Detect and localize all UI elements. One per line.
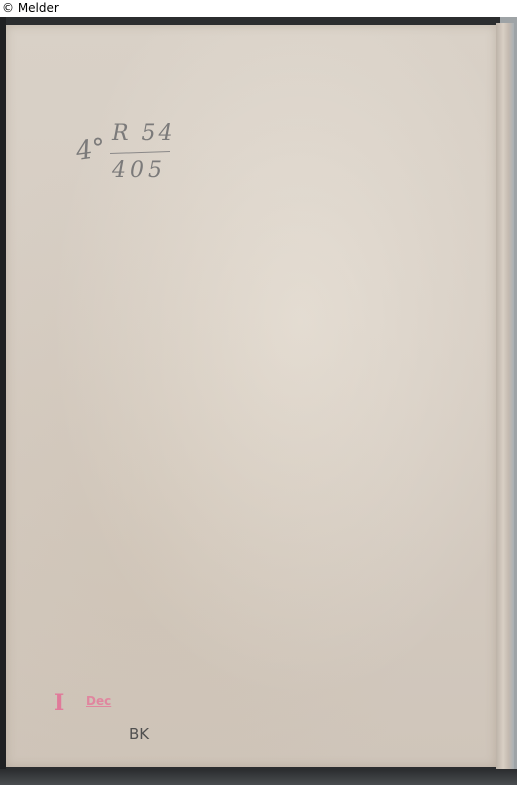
book-photo: 4° R 54 405 I Dec BK xyxy=(0,17,517,785)
shelfmark-denominator: 405 xyxy=(112,158,166,183)
shelfmark-divider xyxy=(110,151,170,154)
pencil-initials: BK xyxy=(129,725,149,743)
pink-library-sub-mark: Dec xyxy=(86,694,111,708)
cover-bottom-edge xyxy=(0,769,517,785)
copyright-caption: © Melder xyxy=(2,0,59,17)
shelfmark-prefix: 4° xyxy=(74,133,107,167)
endpaper-page: 4° R 54 405 I Dec BK xyxy=(6,25,496,767)
page-fore-edge xyxy=(496,23,514,769)
shelfmark-numerator: R 54 xyxy=(112,121,176,146)
pink-library-mark: I xyxy=(54,690,64,716)
